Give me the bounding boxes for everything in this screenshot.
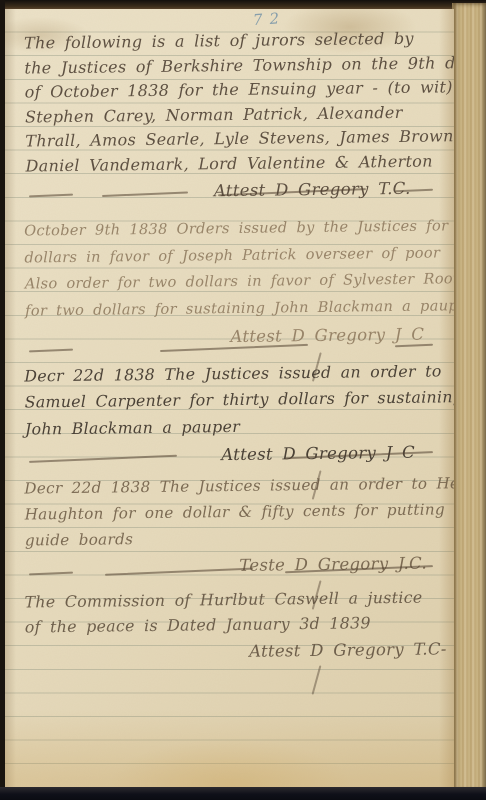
manuscript-line: guide boards (25, 522, 439, 553)
manuscript-line: John Blackman a pauper (25, 411, 439, 442)
manuscript-line: Samuel Carpenter for thirty dollars for … (24, 385, 438, 416)
book-edge-bottom (0, 787, 486, 800)
ledger-page: 72 The following is a list of jurors sel… (5, 9, 454, 787)
page-number: 72 (252, 9, 286, 29)
manuscript-line: of the peace is Dated January 3d 1839 (25, 609, 439, 639)
ledger-book-photo: 72 The following is a list of jurors sel… (0, 0, 486, 800)
entry-jurors-list: The following is a list of jurors select… (24, 26, 440, 205)
page-stack-edge (452, 3, 486, 791)
clerk-signature: Teste D Gregory J.C. (25, 550, 439, 581)
clerk-signature: Attest D Gregory T.C- (25, 636, 439, 666)
entry-commission-caswell: The Commission of Hurlbut Caswell a just… (24, 584, 439, 698)
signature-flourish (311, 665, 321, 694)
manuscript-line: Haughton for one dollar & fifty cents fo… (24, 496, 438, 527)
manuscript-line: for two dollars for sustaining John Blac… (25, 293, 439, 325)
manuscript-line: The Commission of Hurlbut Caswell a just… (24, 584, 438, 614)
book-edge-top (0, 0, 486, 9)
manuscript-line: Daniel Vandemark, Lord Valentine & Ather… (25, 149, 439, 179)
